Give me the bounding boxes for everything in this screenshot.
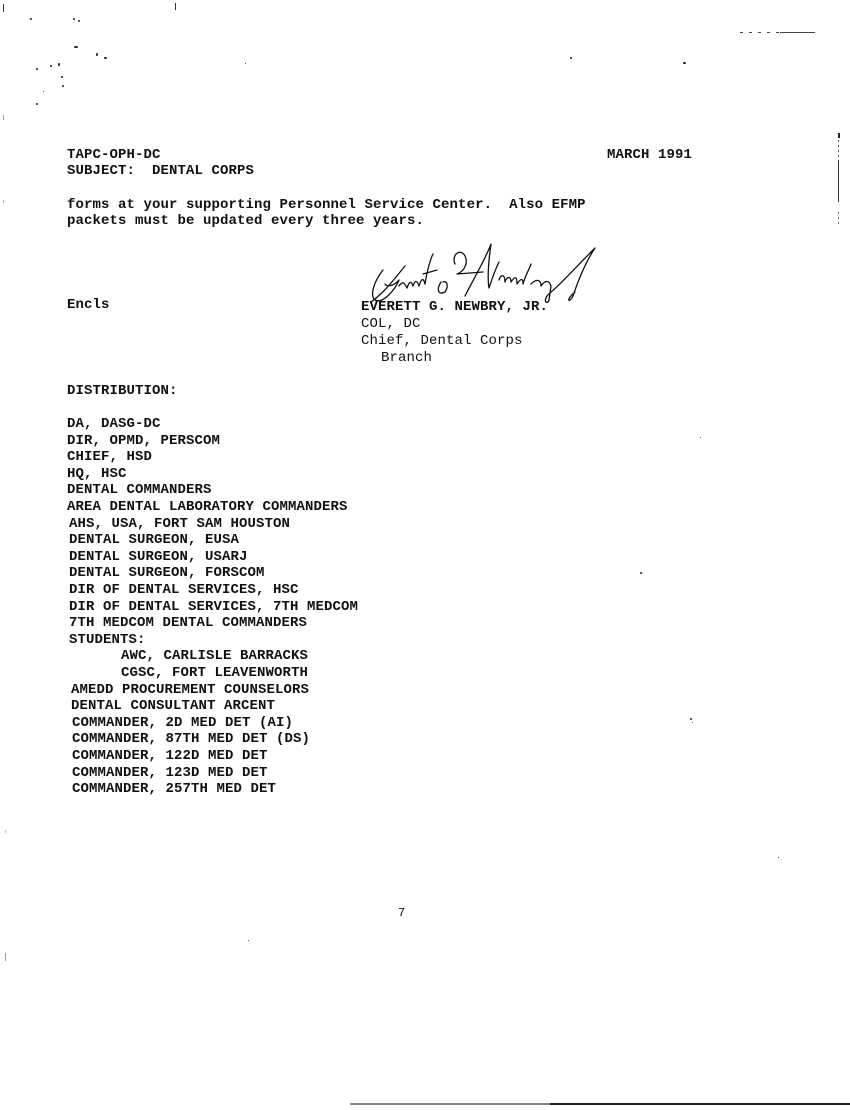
scan-speck	[58, 63, 60, 66]
scan-speck	[78, 20, 80, 22]
distribution-item: DIR OF DENTAL SERVICES, 7TH MEDCOM	[69, 599, 358, 616]
distribution-item: CGSC, FORT LEAVENWORTH	[70, 665, 308, 682]
scan-speck	[640, 572, 642, 574]
distribution-item: COMMANDER, 257TH MED DET	[72, 781, 276, 798]
scan-speck	[692, 722, 693, 723]
scan-speck	[73, 18, 75, 20]
scan-speck	[96, 53, 98, 56]
office-symbol: TAPC-OPH-DC	[67, 147, 161, 164]
distribution-item: CHIEF, HSD	[67, 449, 152, 466]
distribution-item: AREA DENTAL LABORATORY COMMANDERS	[67, 499, 348, 516]
scan-speck	[245, 63, 246, 64]
distribution-heading: DISTRIBUTION:	[67, 383, 178, 400]
scan-speck	[683, 62, 686, 64]
body-line: forms at your supporting Personnel Servi…	[67, 197, 586, 214]
distribution-item: AHS, USA, FORT SAM HOUSTON	[69, 516, 290, 533]
document-page: TAPC-OPH-DC MARCH 1991 SUBJECT: DENTAL C…	[0, 0, 850, 1110]
signer-title-cont: Branch	[381, 350, 432, 367]
scan-mark	[3, 4, 4, 12]
distribution-item: DIR OF DENTAL SERVICES, HSC	[69, 582, 299, 599]
distribution-item: 7TH MEDCOM DENTAL COMMANDERS	[69, 615, 307, 632]
scan-mark	[838, 133, 840, 138]
signer-rank: COL, DC	[361, 316, 421, 333]
document-date: MARCH 1991	[607, 147, 692, 164]
scan-speck	[778, 857, 779, 858]
distribution-item: DENTAL SURGEON, EUSA	[69, 532, 239, 549]
scan-speck	[104, 57, 107, 59]
scan-edge-line	[350, 1103, 850, 1105]
distribution-item: STUDENTS:	[69, 632, 146, 649]
distribution-item: COMMANDER, 123D MED DET	[72, 765, 268, 782]
scan-mark	[3, 115, 4, 120]
scan-mark	[838, 140, 839, 160]
scan-speck	[36, 103, 38, 105]
scan-speck	[570, 57, 572, 59]
scan-speck	[690, 718, 692, 720]
scan-mark	[5, 953, 6, 961]
scan-mark	[3, 200, 4, 203]
scan-speck	[61, 76, 63, 78]
distribution-item: DENTAL SURGEON, USARJ	[69, 549, 248, 566]
scan-mark	[175, 3, 176, 10]
scan-mark	[838, 212, 839, 224]
page-number: 7	[398, 906, 405, 920]
distribution-item: COMMANDER, 87TH MED DET (DS)	[72, 731, 310, 748]
distribution-item: DENTAL SURGEON, FORSCOM	[69, 565, 265, 582]
subject-line: SUBJECT: DENTAL CORPS	[67, 163, 254, 180]
signer-name: EVERETT G. NEWBRY, JR.	[361, 299, 548, 316]
scan-mark	[838, 160, 839, 202]
scan-speck	[36, 68, 38, 70]
scan-speck	[74, 46, 78, 48]
subject-label: SUBJECT:	[67, 163, 135, 179]
distribution-item: DIR, OPMD, PERSCOM	[67, 433, 220, 450]
enclosures-label: Encls	[67, 297, 110, 314]
distribution-item: AMEDD PROCUREMENT COUNSELORS	[71, 682, 309, 699]
handwritten-signature	[365, 240, 605, 308]
body-line: packets must be updated every three year…	[67, 213, 424, 230]
scan-speck	[700, 437, 701, 438]
scan-speck	[50, 65, 52, 67]
distribution-item: COMMANDER, 2D MED DET (AI)	[72, 715, 293, 732]
scan-speck	[62, 85, 64, 87]
scan-speck	[30, 18, 32, 20]
distribution-item: DA, DASG-DC	[67, 416, 161, 433]
distribution-item: COMMANDER, 122D MED DET	[72, 748, 268, 765]
subject-value: DENTAL CORPS	[152, 163, 254, 179]
distribution-item: DENTAL COMMANDERS	[67, 482, 212, 499]
scan-speck	[43, 91, 44, 92]
scan-mark	[5, 830, 6, 833]
distribution-item: HQ, HSC	[67, 466, 127, 483]
scan-mark	[780, 32, 815, 33]
distribution-item: DENTAL CONSULTANT ARCENT	[71, 698, 275, 715]
scan-speck	[248, 940, 249, 941]
distribution-item: AWC, CARLISLE BARRACKS	[70, 648, 308, 665]
signer-title: Chief, Dental Corps	[361, 333, 523, 350]
